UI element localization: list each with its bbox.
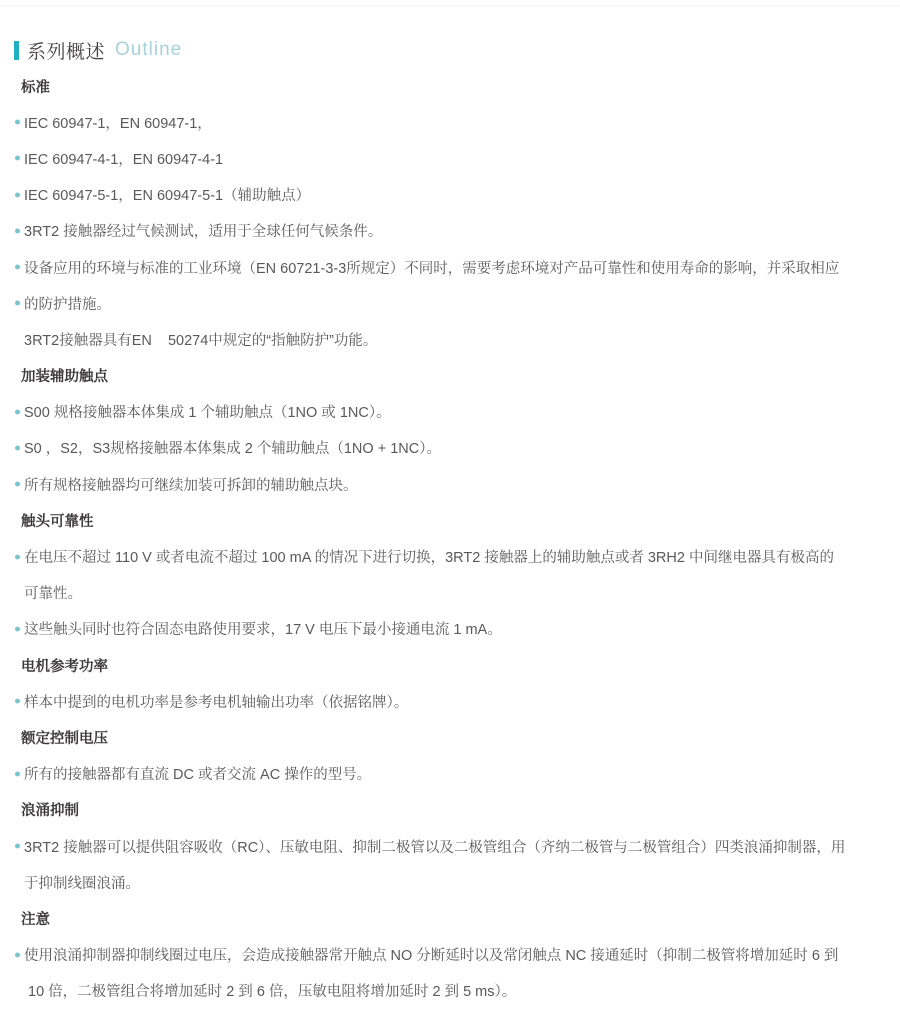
- title-accent-bar-icon: [14, 41, 19, 60]
- bullet-icon: [15, 952, 20, 957]
- document-body: 标准IEC 60947-1，EN 60947-1，IEC 60947-4-1，E…: [0, 68, 900, 1009]
- text-line-content: 在电压不超过 110 V 或者电流不超过 100 mA 的情况下进行切换，3RT…: [24, 546, 834, 567]
- text-line: 3RT2 接触器经过气候测试，适用于全球任何气候条件。: [0, 213, 900, 249]
- section-heading: 浪涌抑制: [0, 792, 900, 828]
- text-line: 所有的接触器都有直流 DC 或者交流 AC 操作的型号。: [0, 756, 900, 792]
- bullet-icon: [15, 699, 20, 704]
- text-line-content: 使用浪涌抑制器抑制线圈过电压，会造成接触器常开触点 NO 分断延时以及常闭触点 …: [24, 944, 838, 965]
- text-line-content: 3RT2 接触器经过气候测试，适用于全球任何气候条件。: [24, 220, 382, 241]
- section-heading: 加装辅助触点: [0, 358, 900, 394]
- text-line-content: 10 倍，二极管组合将增加延时 2 到 6 倍，压敏电阻将增加延时 2 到 5 …: [24, 980, 516, 1001]
- text-line-content: IEC 60947-5-1，EN 60947-5-1（辅助触点）: [24, 184, 310, 205]
- text-line-content: IEC 60947-1，EN 60947-1，: [24, 112, 212, 133]
- text-line: 这些触头同时也符合固态电路使用要求，17 V 电压下最小接通电流 1 mA。: [0, 611, 900, 647]
- section-heading: 注意: [0, 900, 900, 936]
- bullet-icon: [15, 409, 20, 414]
- text-line: S00 规格接触器本体集成 1 个辅助触点（1NO 或 1NC）。: [0, 394, 900, 430]
- bullet-icon: [15, 301, 20, 306]
- section-heading: 电机参考功率: [0, 647, 900, 683]
- text-line-content: 的防护措施。: [24, 293, 111, 314]
- page-title-zh: 系列概述: [27, 37, 105, 64]
- text-line-content: IEC 60947-4-1，EN 60947-4-1: [24, 148, 223, 169]
- text-line-content: 样本中提到的电机功率是参考电机轴输出功率（依据铭牌）。: [24, 691, 408, 712]
- bullet-icon: [15, 554, 20, 559]
- text-line: 3RT2接触器具有EN 50274中规定的“指触防护”功能。: [0, 321, 900, 357]
- text-line: 于抑制线圈浪涌。: [0, 864, 900, 900]
- text-line: S0 ，S2，S3规格接触器本体集成 2 个辅助触点（1NO + 1NC）。: [0, 430, 900, 466]
- bullet-icon: [15, 482, 20, 487]
- page-title: 系列概述 Outline: [14, 38, 900, 62]
- text-line-content: 3RT2接触器具有EN 50274中规定的“指触防护”功能。: [24, 329, 377, 350]
- text-line-content: 这些触头同时也符合固态电路使用要求，17 V 电压下最小接通电流 1 mA。: [24, 618, 502, 639]
- text-line: 的防护措施。: [0, 285, 900, 321]
- text-line-content: 3RT2 接触器可以提供阻容吸收（RC）、压敏电阻、抑制二极管以及二极管组合（齐…: [24, 836, 845, 857]
- text-line-content: 于抑制线圈浪涌。: [24, 872, 140, 893]
- bullet-icon: [15, 771, 20, 776]
- bullet-icon: [15, 265, 20, 270]
- text-line-content: S00 规格接触器本体集成 1 个辅助触点（1NO 或 1NC）。: [24, 401, 391, 422]
- bullet-icon: [15, 156, 20, 161]
- page-title-en: Outline: [115, 39, 182, 61]
- text-line-content: 设备应用的环境与标准的工业环境（EN 60721-3-3所规定）不同时，需要考虑…: [24, 257, 839, 278]
- section-heading: 触头可靠性: [0, 502, 900, 538]
- text-line: 在电压不超过 110 V 或者电流不超过 100 mA 的情况下进行切换，3RT…: [0, 538, 900, 574]
- section-heading: 标准: [0, 68, 900, 104]
- text-line-content: 可靠性。: [24, 582, 82, 603]
- text-line-content: 所有的接触器都有直流 DC 或者交流 AC 操作的型号。: [24, 763, 371, 784]
- bullet-icon: [15, 626, 20, 631]
- text-line: 所有规格接触器均可继续加装可拆卸的辅助触点块。: [0, 466, 900, 502]
- bullet-icon: [15, 120, 20, 125]
- section-heading: 额定控制电压: [0, 719, 900, 755]
- page-edge-divider: [0, 5, 900, 6]
- text-line: IEC 60947-1，EN 60947-1，: [0, 104, 900, 140]
- bullet-icon: [15, 192, 20, 197]
- text-line: 设备应用的环境与标准的工业环境（EN 60721-3-3所规定）不同时，需要考虑…: [0, 249, 900, 285]
- text-line: 10 倍，二极管组合将增加延时 2 到 6 倍，压敏电阻将增加延时 2 到 5 …: [0, 973, 900, 1009]
- bullet-icon: [15, 445, 20, 450]
- text-line: IEC 60947-4-1，EN 60947-4-1: [0, 140, 900, 176]
- text-line: 可靠性。: [0, 575, 900, 611]
- document-page: { "header": { "title_zh": "系列概述", "title…: [0, 0, 900, 1033]
- text-line: 样本中提到的电机功率是参考电机轴输出功率（依据铭牌）。: [0, 683, 900, 719]
- text-line: IEC 60947-5-1，EN 60947-5-1（辅助触点）: [0, 177, 900, 213]
- text-line-content: 所有规格接触器均可继续加装可拆卸的辅助触点块。: [24, 474, 358, 495]
- bullet-icon: [15, 844, 20, 849]
- text-line-content: S0 ，S2，S3规格接触器本体集成 2 个辅助触点（1NO + 1NC）。: [24, 437, 441, 458]
- text-line: 3RT2 接触器可以提供阻容吸收（RC）、压敏电阻、抑制二极管以及二极管组合（齐…: [0, 828, 900, 864]
- bullet-icon: [15, 228, 20, 233]
- text-line: 使用浪涌抑制器抑制线圈过电压，会造成接触器常开触点 NO 分断延时以及常闭触点 …: [0, 937, 900, 973]
